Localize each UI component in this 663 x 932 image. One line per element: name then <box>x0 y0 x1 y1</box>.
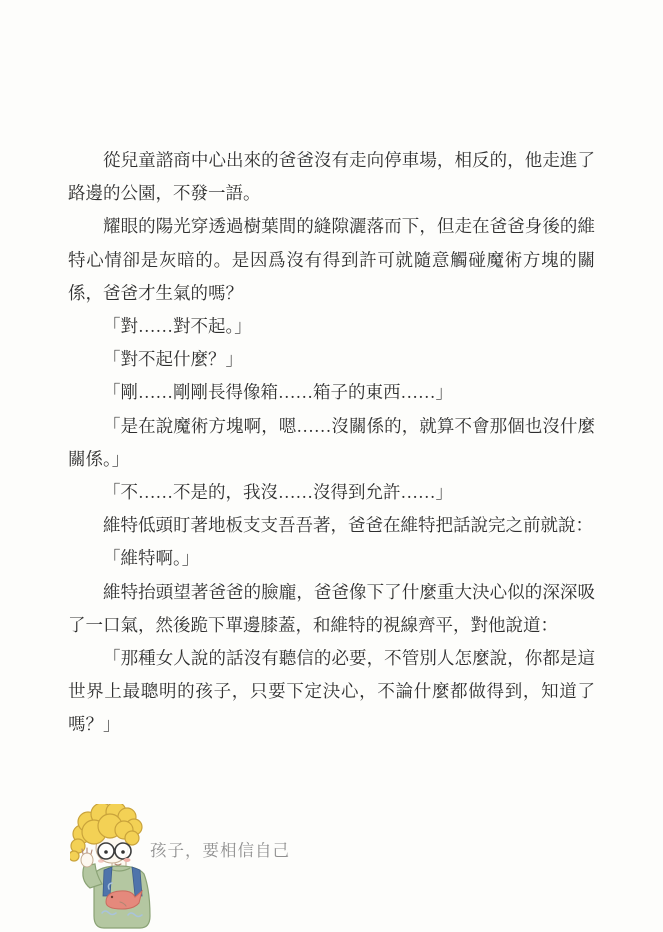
paragraph-dialogue: 「不……不是的，我沒……沒得到允許……」 <box>68 476 595 509</box>
paragraph: 維特抬頭望著爸爸的臉龐，爸爸像下了什麼重大決心似的深深吸了一口氣，然後跪下單邊膝… <box>68 576 595 642</box>
backpack-strap-left <box>103 867 112 896</box>
paragraph: 耀眼的陽光穿透過樹葉間的縫隙灑落而下，但走在爸爸身後的維特心情卻是灰暗的。是因爲… <box>68 210 595 310</box>
paragraph-dialogue: 「維特啊。」 <box>68 542 595 575</box>
page-text-block: 從兒童諮商中心出來的爸爸沒有走向停車場，相反的，他走進了路邊的公園，不發一語。 … <box>68 144 595 742</box>
cloud-print-left <box>102 911 116 915</box>
boy-hair <box>70 804 142 861</box>
cloud-print-right <box>128 913 142 917</box>
boy-sweater <box>94 866 150 928</box>
boy-hand <box>81 848 93 867</box>
paragraph: 從兒童諮商中心出來的爸爸沒有走向停車場，相反的，他走進了路邊的公園，不發一語。 <box>68 144 595 210</box>
paragraph-dialogue: 「對……對不起。」 <box>68 310 595 343</box>
backpack-strap-right <box>132 867 142 896</box>
boy-neck <box>112 856 126 870</box>
cheek-blush <box>98 859 104 863</box>
glasses <box>98 843 131 859</box>
cheek-blush <box>124 858 131 862</box>
paragraph: 維特低頭盯著地板支支吾吾著，爸爸在維特把話說完之前就說： <box>68 509 595 542</box>
boy-illustration <box>70 804 168 930</box>
footer-caption: 孩子，要相信自己 <box>150 841 290 861</box>
boy-face <box>96 833 128 863</box>
paragraph-dialogue: 「對不起什麼？」 <box>68 343 595 376</box>
paragraph-dialogue: 「那種女人說的話沒有聽信的必要，不管別人怎麼說，你都是這世界上最聰明的孩子，只要… <box>68 642 595 742</box>
whale-print <box>106 883 142 909</box>
boy-mouth <box>115 864 121 865</box>
sweater-collar <box>108 868 130 871</box>
book-page: 從兒童諮商中心出來的爸爸沒有走向停車場，相反的，他走進了路邊的公園，不發一語。 … <box>0 0 663 932</box>
boy-raised-sleeve <box>83 864 102 888</box>
paragraph-dialogue: 「剛……剛剛長得像箱……箱子的東西……」 <box>68 376 595 409</box>
paragraph-dialogue: 「是在說魔術方塊啊，嗯……沒關係的，就算不會那個也沒什麼關係。」 <box>68 410 595 476</box>
